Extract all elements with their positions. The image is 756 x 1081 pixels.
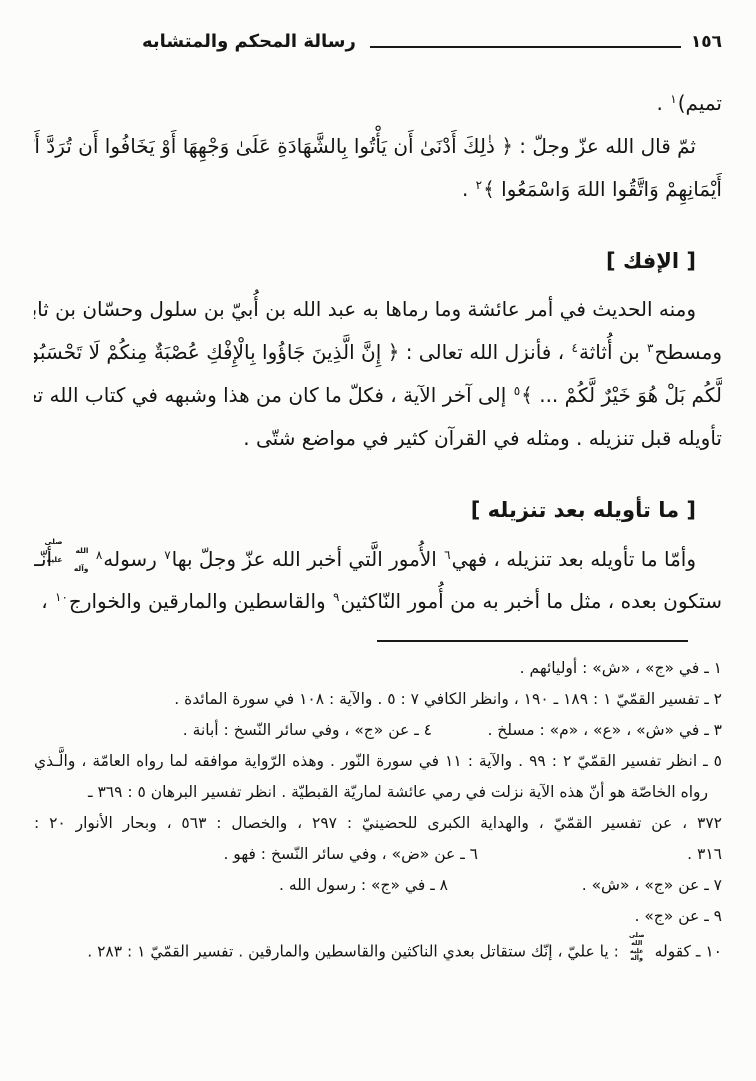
- footnote-2: ٢ ـ تفسير القمّيّ ١ : ١٨٩ ـ ١٩٠ ، وانظر …: [34, 684, 722, 715]
- pbuh-symbol: صلى اللهعليه وآله: [624, 932, 650, 963]
- footnote-7: ٧ ـ عن «ج» ، «ش» .: [448, 870, 722, 901]
- footnotes-block: ١ ـ في «ج» ، «ش» : أوليائهم . ٢ ـ تفسير …: [34, 653, 722, 963]
- body-text: تميم)١ . ثمّ قال الله عزّ وجلّ : ﴿ ذٰلِك…: [34, 82, 722, 623]
- book-page: رسالة المحكم والمتشابه ١٥٦ تميم)١ . ثمّ …: [0, 0, 756, 1081]
- footnote-5-line-1: ٥ ـ انظر تفسير القمّيّ ٢ : ٩٩ . والآية :…: [34, 746, 722, 777]
- footnote-marker: ٨: [96, 548, 102, 562]
- body-line: ومسطح٣ بن أُثاثة٤ ، فأنزل الله تعالى : ﴿…: [34, 331, 722, 374]
- footnote-10: ١٠ ـ كقوله صلى اللهعليه وآله : يا عليّ ،…: [34, 932, 722, 963]
- body-line: تأويله قبل تنزيله . ومثله في القرآن كثير…: [34, 417, 722, 460]
- book-title: رسالة المحكم والمتشابه: [142, 28, 356, 56]
- header-rule: [370, 46, 681, 48]
- section-tawil-paragraph: وأمّا ما تأويله بعد تنزيله ، فهي٦ الأُمو…: [34, 537, 722, 623]
- footnote-marker: ٢: [476, 178, 482, 192]
- section-heading-tawil: [ ما تأويله بعد تنزيله ]: [34, 494, 696, 526]
- footnote-marker: ٧: [164, 548, 170, 562]
- pbuh-symbol: صلى اللهعليه وآله: [58, 537, 88, 573]
- page-header: رسالة المحكم والمتشابه ١٥٦: [34, 28, 722, 56]
- body-line: وأمّا ما تأويله بعد تنزيله ، فهي٦ الأُمو…: [34, 537, 722, 580]
- footnote-marker: ٦: [444, 548, 450, 562]
- footnote-row-5end-6: ٣١٦ . ٦ ـ عن «ض» ، وفي سائر النّسخ : فهو…: [34, 839, 722, 870]
- footnote-row-7-8: ٧ ـ عن «ج» ، «ش» . ٨ ـ في «ج» : رسول الل…: [34, 870, 722, 901]
- body-line: أَيْمَانِهِمْ وَاتَّقُوا اللهَ وَاسْمَعُ…: [34, 168, 722, 211]
- footnote-marker: ٣: [647, 341, 653, 355]
- page-number: ١٥٦: [691, 28, 722, 56]
- footnote-4: ٤ ـ عن «ج» ، وفي سائر النّسخ : أبانة .: [183, 715, 432, 746]
- footnote-5-line-2: رواه الخاصّة هو أنّ هذه الآية نزلت في رم…: [34, 777, 722, 808]
- footnote-marker: ٤: [572, 341, 578, 355]
- footnote-3: ٣ ـ في «ش» ، «ع» ، «م» : مسلخ .: [432, 715, 722, 746]
- footnote-6: ٦ ـ عن «ض» ، وفي سائر النّسخ : فهو .: [223, 839, 478, 870]
- footnote-8: ٨ ـ في «ج» : رسول الله .: [279, 870, 448, 901]
- body-line: ومنه الحديث في أمر عائشة وما رماها به عب…: [34, 288, 722, 331]
- footnote-9: ٩ ـ عن «ج» .: [34, 901, 722, 932]
- body-line: ثمّ قال الله عزّ وجلّ : ﴿ ذٰلِكَ أَدْنَى…: [34, 125, 722, 168]
- footnote-separator: [377, 640, 688, 642]
- footnote-marker: ٩: [333, 590, 339, 604]
- footnote-5-line-3: ٣٧٢ ، عن تفسير القمّيّ ، والهداية الكبرى…: [34, 808, 722, 839]
- body-line-continuation: تميم)١ .: [34, 82, 722, 125]
- body-line: ستكون بعده ، مثل ما أخبر به من أُمور الن…: [34, 580, 722, 623]
- footnote-marker: ١٠: [55, 590, 68, 604]
- footnote-5-line-4: ٣١٦ .: [478, 839, 722, 870]
- quote-paragraph: ثمّ قال الله عزّ وجلّ : ﴿ ذٰلِكَ أَدْنَى…: [34, 125, 722, 211]
- footnote-1: ١ ـ في «ج» ، «ش» : أوليائهم .: [34, 653, 722, 684]
- footnote-row-3-4: ٣ ـ في «ش» ، «ع» ، «م» : مسلخ . ٤ ـ عن «…: [34, 715, 722, 746]
- section-ifk-paragraph: ومنه الحديث في أمر عائشة وما رماها به عب…: [34, 288, 722, 460]
- footnote-marker: ١: [670, 92, 676, 106]
- section-heading-ifk: [ الإفك ]: [34, 245, 696, 277]
- body-line: لَّكُم بَلْ هُوَ خَيْرٌ لَّكُمْ ... ﴾٥ إ…: [34, 374, 722, 417]
- footnote-marker: ٥: [514, 384, 520, 398]
